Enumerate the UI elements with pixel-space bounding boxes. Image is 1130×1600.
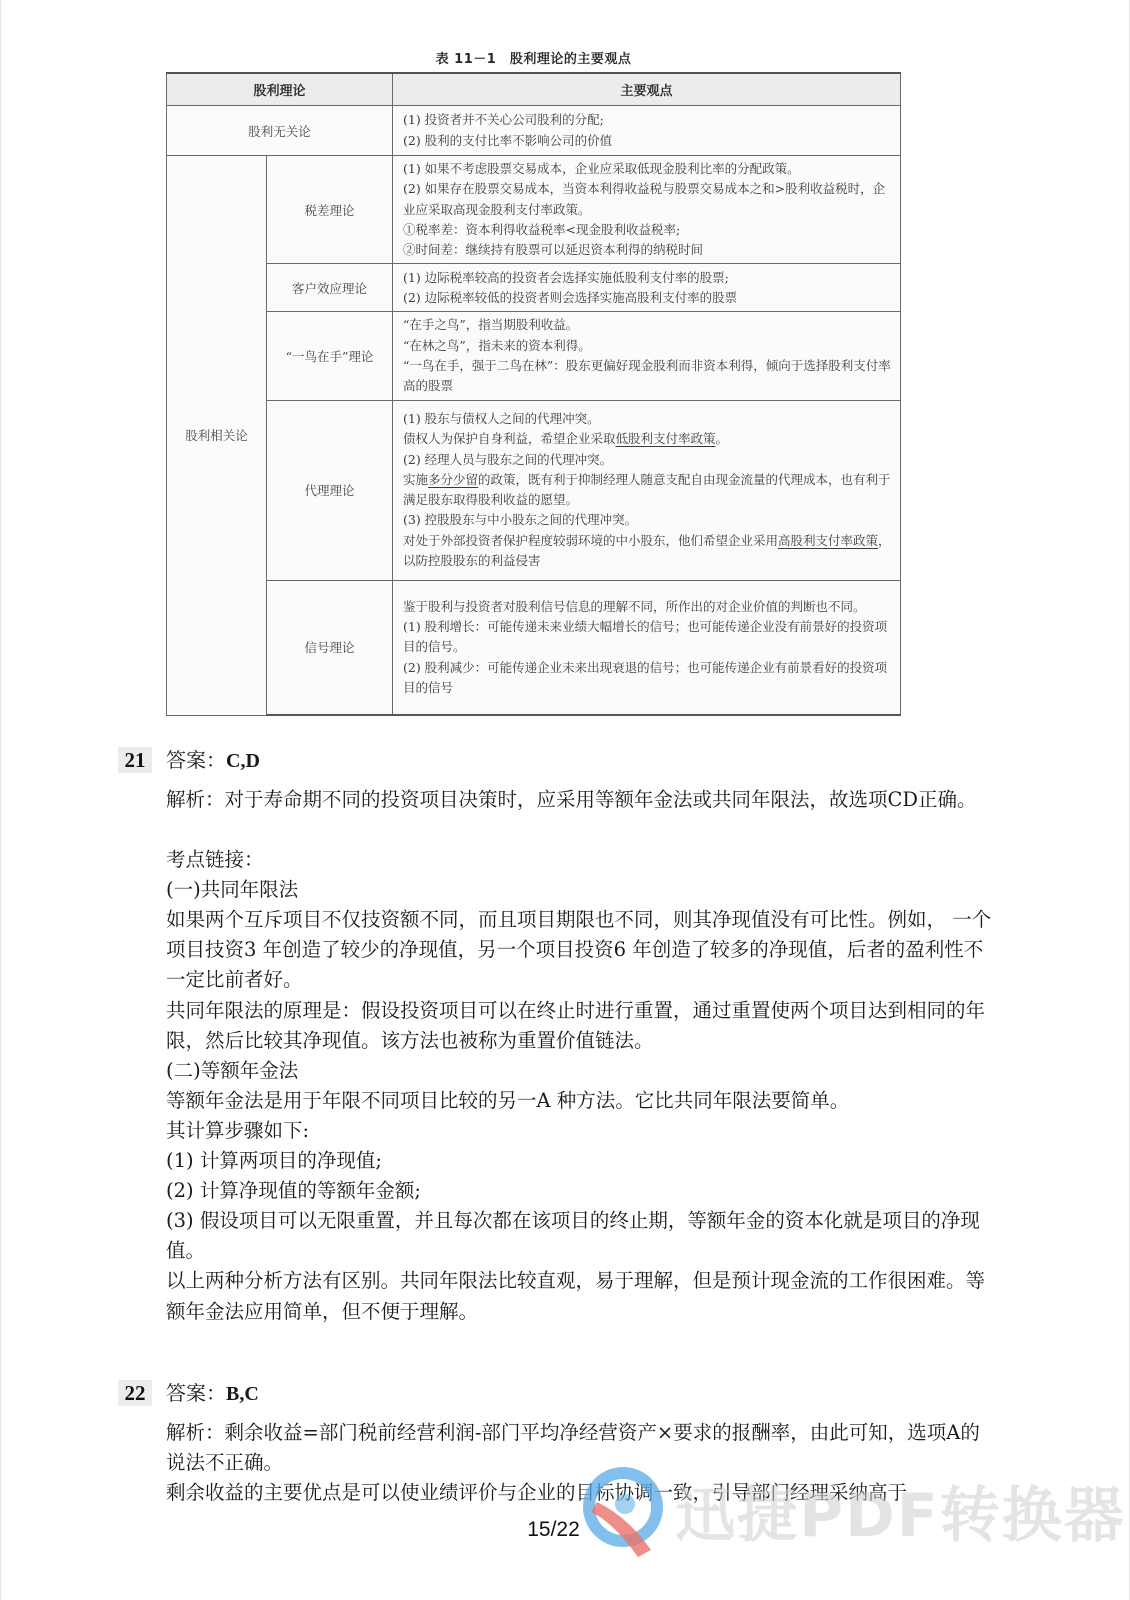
point: (1) 投资者并不关心公司股利的分配; <box>403 110 892 130</box>
paragraph: 剩余收益的主要优点是可以使业绩评价与企业的目标协调一致，引导部门经理采纳高于 <box>166 1478 996 1508</box>
dividend-theory-table: 股利理论 主要观点 股利无关论 (1) 投资者并不关心公司股利的分配; (2) … <box>166 72 901 716</box>
paragraph: 以上两种分析方法有区别。共同年限法比较直观，易于理解，但是预计现金流的工作很困难… <box>166 1266 996 1326</box>
answer-value: B,C <box>226 1383 259 1405</box>
theory-name: 信号理论 <box>267 580 393 715</box>
analysis-text: 解析：剩余收益=部门税前经营利润-部门平均净经营资产×要求的报酬率，由此可知，选… <box>166 1418 996 1478</box>
paragraph: 共同年限法的原理是：假设投资项目可以在终止时进行重置，通过重置使两个项目达到相同… <box>166 996 996 1056</box>
answer-label: 答案： <box>166 748 226 772</box>
question-number-22: 22 <box>118 1380 152 1406</box>
point: 鉴于股利与投资者对股利信号信息的理解不同，所作出的对企业价值的判断也不同。 <box>403 597 892 617</box>
table-row-irrelevance: 股利无关论 (1) 投资者并不关心公司股利的分配; (2) 股利的支付比率不影响… <box>167 106 901 156</box>
section-heading: (二)等额年金法 <box>166 1056 996 1086</box>
point: “在手之鸟”，指当期股利收益。 <box>403 315 892 335</box>
table-row-tax-differential: 股利相关论 税差理论 (1) 如果不考虑股票交易成本，企业应采取低现金股利比率的… <box>167 156 901 264</box>
theory-name: 代理理论 <box>267 400 393 580</box>
paragraph: 等额年金法是用于年限不同项目比较的另一A 种方法。它比共同年限法要简单。 <box>166 1086 996 1116</box>
table-row-clientele-effect: 客户效应理论 (1) 边际税率较高的投资者会选择实施低股利支付率的股票; (2)… <box>167 264 901 312</box>
point: (2) 经理人员与股东之间的代理冲突。 <box>403 450 892 470</box>
theory-name: “一鸟在手”理论 <box>267 312 393 400</box>
point: ②时间差：继续持有股票可以延迟资本利得的纳税时间 <box>403 240 892 260</box>
underlined-term: 多分少留 <box>428 472 478 487</box>
analysis-text: 解析：对于寿命期不同的投资项目决策时，应采用等额年金法或共同年限法，故选项CD正… <box>166 785 996 815</box>
section-heading: (一)共同年限法 <box>166 875 996 905</box>
table-row-agency: 代理理论 (1) 股东与债权人之间的代理冲突。 债权人为保护自身利益，希望企业采… <box>167 400 901 580</box>
points-irrelevance: (1) 投资者并不关心公司股利的分配; (2) 股利的支付比率不影响公司的价值 <box>393 106 901 156</box>
paragraph: 如果两个互斥项目不仅技资额不同，而且项目期限也不同，则其净现值没有可比性。例如，… <box>166 905 996 995</box>
table-caption: 表 11－1 股利理论的主要观点 <box>166 48 901 72</box>
table-row-bird-in-hand: “一鸟在手”理论 “在手之鸟”，指当期股利收益。 “在林之鸟”，指未来的资本利得… <box>167 312 901 400</box>
answer-line-22: 答案：B,C <box>166 1380 259 1407</box>
point: 债权人为保护自身利益，希望企业采取低股利支付率政策。 <box>403 429 892 449</box>
point: 对处于外部投资者保护程度较弱环境的中小股东，他们希望企业采用高股利支付率政策，以… <box>403 531 892 572</box>
step-item: (1) 计算两项目的净现值; <box>166 1146 996 1176</box>
point: ①税率差：资本利得收益税率<现金股利收益税率; <box>403 220 892 240</box>
point: (2) 如果存在股票交易成本，当资本利得收益税与股票交易成本之和>股利收益税时，… <box>403 179 892 220</box>
q22-explanation: 解析：剩余收益=部门税前经营利润-部门平均净经营资产×要求的报酬率，由此可知，选… <box>166 1418 996 1508</box>
point: “一鸟在手，强于二鸟在林”：股东更偏好现金股利而非资本利得，倾向于选择股利支付率… <box>403 356 892 397</box>
table-row-signaling: 信号理论 鉴于股利与投资者对股利信号信息的理解不同，所作出的对企业价值的判断也不… <box>167 580 901 715</box>
q21-explanation: 解析：对于寿命期不同的投资项目决策时，应采用等额年金法或共同年限法，故选项CD正… <box>166 785 996 1327</box>
point: 实施多分少留的政策，既有利于抑制经理人随意支配自由现金流量的代理成本，也有利于满… <box>403 470 892 511</box>
underlined-term: 高股利支付率政策 <box>778 533 878 548</box>
category-relevance: 股利相关论 <box>167 156 267 716</box>
step-item: (2) 计算净现值的等额年金额; <box>166 1176 996 1206</box>
theory-points: (1) 边际税率较高的投资者会选择实施低股利支付率的股票; (2) 边际税率较低… <box>393 264 901 312</box>
table-header-row: 股利理论 主要观点 <box>167 73 901 106</box>
point: (2) 股利减少：可能传递企业未来出现衰退的信号；也可能传递企业有前景看好的投资… <box>403 658 892 699</box>
point: (3) 控股股东与中小股东之间的代理冲突。 <box>403 510 892 530</box>
answer-line-21: 答案：C,D <box>166 747 260 774</box>
question-number-21: 21 <box>118 747 152 773</box>
underlined-term: 低股利支付率政策 <box>616 431 716 446</box>
theory-points: 鉴于股利与投资者对股利信号信息的理解不同，所作出的对企业价值的判断也不同。 (1… <box>393 580 901 715</box>
paragraph: 其计算步骤如下: <box>166 1116 996 1146</box>
point: (2) 边际税率较低的投资者则会选择实施高股利支付率的股票 <box>403 288 892 308</box>
theory-name: 客户效应理论 <box>267 264 393 312</box>
theory-points: “在手之鸟”，指当期股利收益。 “在林之鸟”，指未来的资本利得。 “一鸟在手，强… <box>393 312 901 400</box>
page-number: 15/22 <box>0 1518 1107 1542</box>
category-irrelevance: 股利无关论 <box>167 106 393 156</box>
theory-name: 税差理论 <box>267 156 393 264</box>
key-point-title: 考点链接： <box>166 845 996 875</box>
page-edge-left <box>0 0 1 1600</box>
point: (1) 股东与债权人之间的代理冲突。 <box>403 409 892 429</box>
point: “在林之鸟”，指未来的资本利得。 <box>403 336 892 356</box>
step-item: (3) 假设项目可以无限重置，并且每次都在该项目的终止期，等额年金的资本化就是项… <box>166 1206 996 1266</box>
dividend-theory-table-figure: 表 11－1 股利理论的主要观点 股利理论 主要观点 股利无关论 (1) 投资者… <box>166 48 901 716</box>
theory-points: (1) 股东与债权人之间的代理冲突。 债权人为保护自身利益，希望企业采取低股利支… <box>393 400 901 580</box>
point: (1) 边际税率较高的投资者会选择实施低股利支付率的股票; <box>403 268 892 288</box>
point: (1) 如果不考虑股票交易成本，企业应采取低现金股利比率的分配政策。 <box>403 159 892 179</box>
theory-points: (1) 如果不考虑股票交易成本，企业应采取低现金股利比率的分配政策。 (2) 如… <box>393 156 901 264</box>
answer-label: 答案： <box>166 1381 226 1405</box>
point: (2) 股利的支付比率不影响公司的价值 <box>403 131 892 151</box>
point: (1) 股利增长：可能传递未来业绩大幅增长的信号；也可能传递企业没有前景好的投资… <box>403 617 892 658</box>
answer-value: C,D <box>226 750 260 772</box>
header-theory: 股利理论 <box>167 73 393 106</box>
header-main-points: 主要观点 <box>393 73 901 106</box>
